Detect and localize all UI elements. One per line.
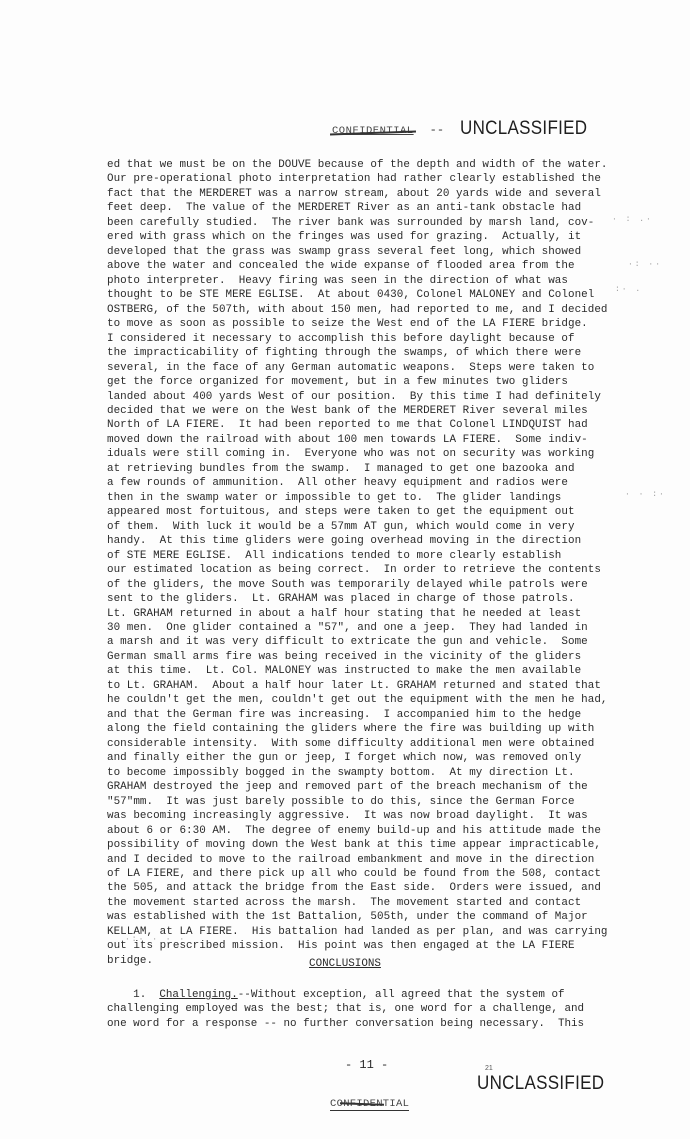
body-line: considerable intensity. With some diffic… <box>107 737 667 751</box>
conclusion-line: one word for a response -- no further co… <box>107 1017 667 1031</box>
body-line: of the gliders, the move South was tempo… <box>107 578 667 592</box>
scan-noise: · : .· <box>612 215 653 224</box>
body-line: ered with grass which on the fringes was… <box>107 230 667 244</box>
body-line: our estimated location as being correct.… <box>107 563 667 577</box>
body-line: along the field containing the gliders w… <box>107 722 667 736</box>
body-line: handy. At this time gliders were going o… <box>107 534 667 548</box>
scan-noise: :· . <box>615 285 642 294</box>
conclusion-number: 1. <box>133 989 146 1001</box>
body-line: above the water and concealed the wide e… <box>107 259 667 273</box>
body-line: out its prescribed mission. His point wa… <box>107 939 667 953</box>
narrative-body: ed that we must be on the DOUVE because … <box>107 158 667 968</box>
body-line: to move as soon as possible to seize the… <box>107 317 667 331</box>
body-line: feet deep. The value of the MERDERET Riv… <box>107 201 667 215</box>
body-line: ed that we must be on the DOUVE because … <box>107 158 667 172</box>
body-line: possibility of moving down the West bank… <box>107 838 667 852</box>
body-line: appeared most fortuitous, and steps were… <box>107 505 667 519</box>
body-line: to Lt. GRAHAM. About a half hour later L… <box>107 679 667 693</box>
body-line: been carefully studied. The river bank w… <box>107 216 667 230</box>
body-line: at this time. Lt. Col. MALONEY was instr… <box>107 664 667 678</box>
conclusion-line: challenging employed was the best; that … <box>107 1002 667 1016</box>
body-line: about 6 or 6:30 AM. The degree of enemy … <box>107 824 667 838</box>
scan-noise: · · :· <box>625 490 666 499</box>
struck-confidential-marking: CONFIDENTIAL <box>332 125 414 137</box>
conclusion-first-line-text: --Without exception, all agreed that the… <box>238 989 565 1001</box>
body-line: developed that the grass was swamp grass… <box>107 245 667 259</box>
body-line: moved down the railroad with about 100 m… <box>107 433 667 447</box>
body-line: thought to be STE MERE EGLISE. At about … <box>107 288 667 302</box>
body-line: he couldn't get the men, couldn't get ou… <box>107 693 667 707</box>
body-line: and I decided to move to the railroad em… <box>107 853 667 867</box>
body-line: of STE MERE EGLISE. All indications tend… <box>107 549 667 563</box>
body-line: "57"mm. It was just barely possible to d… <box>107 795 667 809</box>
body-line: iduals were still coming in. Everyone wh… <box>107 447 667 461</box>
body-line: and finally either the gun or jeep, I fo… <box>107 751 667 765</box>
body-line: and that the German fire was increasing.… <box>107 708 667 722</box>
body-line: GRAHAM destroyed the jeep and removed pa… <box>107 780 667 794</box>
stamp-separator: -- <box>430 123 444 137</box>
body-line: Our pre-operational photo interpretation… <box>107 172 667 186</box>
body-line: of them. With luck it would be a 57mm AT… <box>107 520 667 534</box>
struck-confidential-marking-bottom: CONFIDENTIAL <box>330 1098 409 1111</box>
body-line: I considered it necessary to accomplish … <box>107 332 667 346</box>
body-line: North of LA FIERE. It had been reported … <box>107 418 667 432</box>
document-page: CONFIDENTIAL -- UNCLASSIFIED ed that we … <box>0 0 690 1139</box>
body-line: the impracticability of fighting through… <box>107 346 667 360</box>
unclassified-stamp-bottom: UNCLASSIFIED <box>477 1072 604 1095</box>
body-line: 30 men. One glider contained a "57", and… <box>107 621 667 635</box>
body-line: German small arms fire was being receive… <box>107 650 667 664</box>
body-line: several, in the face of any German autom… <box>107 361 667 375</box>
top-classification-stamp: CONFIDENTIAL -- UNCLASSIFIED <box>332 118 587 138</box>
body-line: sent to the gliders. Lt. GRAHAM was plac… <box>107 592 667 606</box>
body-line: photo interpreter. Heavy firing was seen… <box>107 274 667 288</box>
bottom-classification-stamp: 21 UNCLASSIFIED <box>477 1073 604 1093</box>
section-heading: CONCLUSIONS <box>0 958 690 970</box>
body-line: a marsh and it was very difficult to ext… <box>107 635 667 649</box>
body-line: Lt. GRAHAM returned in about a half hour… <box>107 607 667 621</box>
conclusions-heading: CONCLUSIONS <box>309 958 381 970</box>
body-line: the 505, and attack the bridge from the … <box>107 881 667 895</box>
scan-noise: ·:· · · · <box>125 935 186 944</box>
body-line: get the force organized for movement, bu… <box>107 375 667 389</box>
conclusion-title: Challenging. <box>159 989 237 1001</box>
conclusion-item-1: 1. Challenging.--Without exception, all … <box>107 988 667 1031</box>
body-line: the movement started across the marsh. T… <box>107 896 667 910</box>
unclassified-stamp: UNCLASSIFIED <box>460 117 587 140</box>
body-line: was becoming increasingly aggressive. It… <box>107 809 667 823</box>
body-line: of LA FIERE, and there pick up all who c… <box>107 867 667 881</box>
conclusion-first-line: 1. Challenging.--Without exception, all … <box>107 988 667 1002</box>
scan-noise: ·: ·· <box>628 260 662 269</box>
body-line: to become impossibly bogged in the swamp… <box>107 766 667 780</box>
body-line: decided that we were on the West bank of… <box>107 404 667 418</box>
body-line: a few rounds of ammunition. All other he… <box>107 476 667 490</box>
body-line: OSTBERG, of the 507th, with about 150 me… <box>107 303 667 317</box>
body-line: KELLAM, at LA FIERE. His battalion had l… <box>107 925 667 939</box>
body-line: was established with the 1st Battalion, … <box>107 910 667 924</box>
page-number: - 11 - <box>345 1058 388 1072</box>
body-line: at retrieving bundles from the swamp. I … <box>107 462 667 476</box>
body-line: fact that the MERDERET was a narrow stre… <box>107 187 667 201</box>
body-line: landed about 400 yards West of our posit… <box>107 390 667 404</box>
body-line: then in the swamp water or impossible to… <box>107 491 667 505</box>
